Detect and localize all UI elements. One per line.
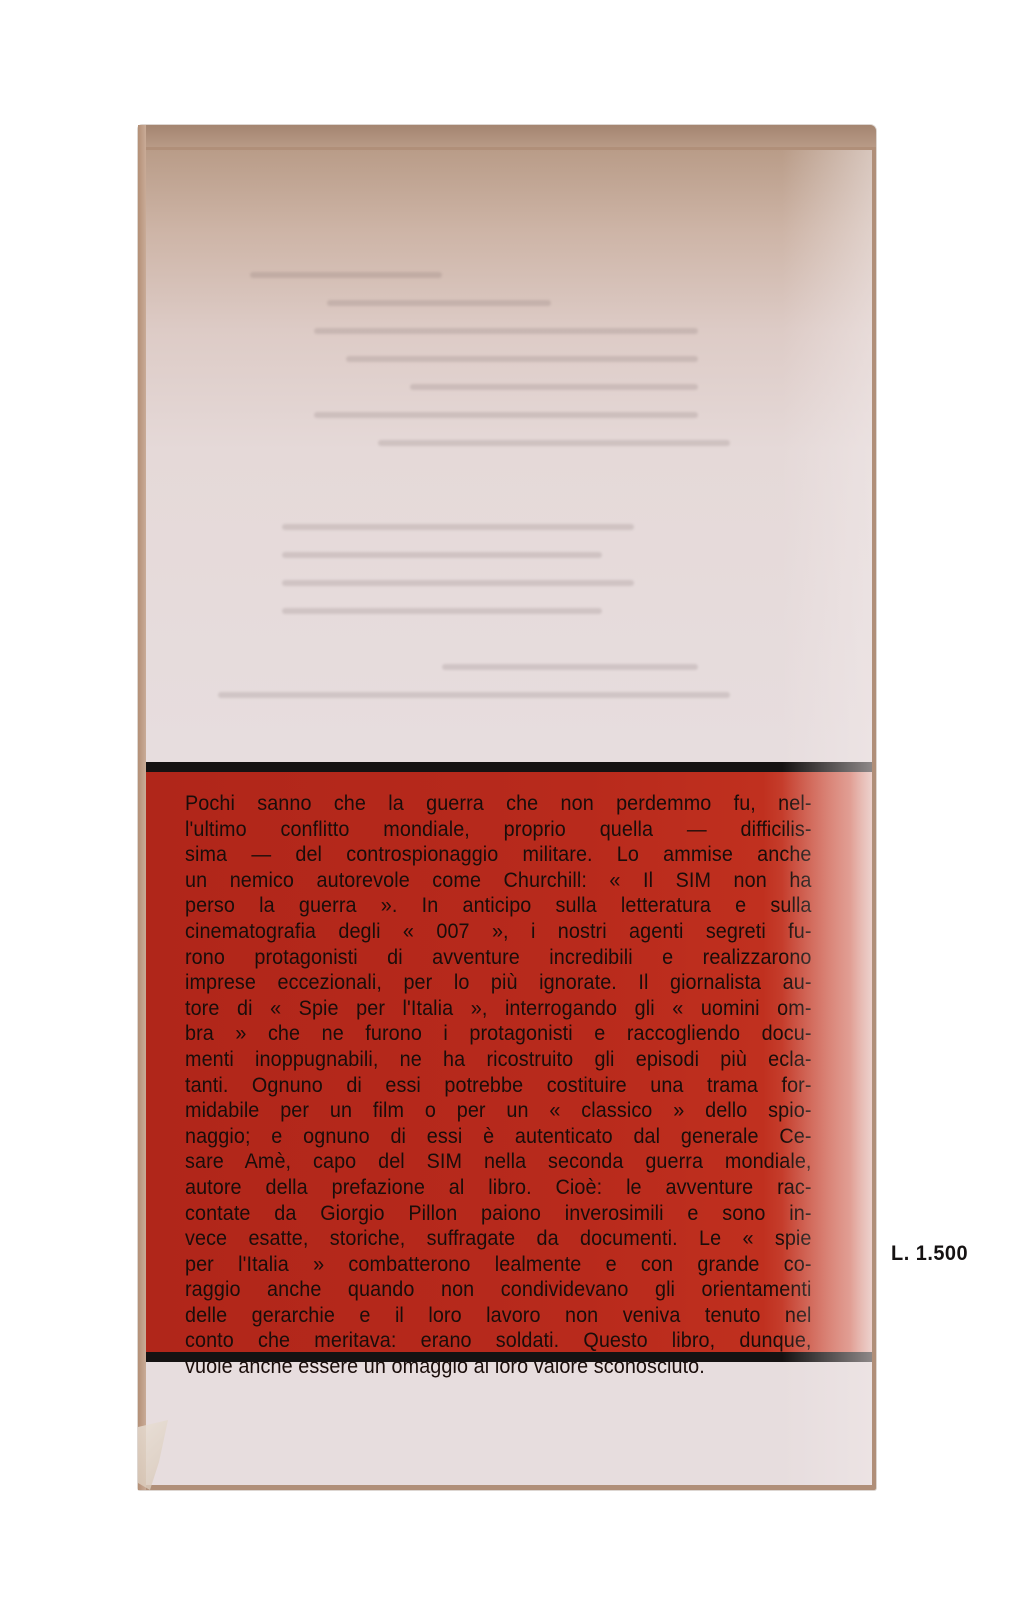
blurb-line: raggio anche quando non condividevano gl… <box>185 1277 812 1303</box>
blurb-line: contate da Giorgio Pillon paiono inveros… <box>185 1201 812 1227</box>
blurb-line: tore di « Spie per l'Italia », interroga… <box>185 996 812 1022</box>
blurb-line: vece esatte, storiche, suffragate da doc… <box>185 1226 812 1252</box>
blurb-line: l'ultimo conflitto mondiale, proprio que… <box>185 817 812 843</box>
blurb-line: midabile per un film o per un « classico… <box>185 1098 812 1124</box>
blurb-line: tanti. Ognuno di essi potrebbe costituir… <box>185 1073 812 1099</box>
blurb-line: cinematografia degli « 007 », i nostri a… <box>185 919 812 945</box>
blurb-line: conto che meritava: erano soldati. Quest… <box>185 1328 812 1354</box>
blurb-line: autore della prefazione al libro. Cioè: … <box>185 1175 812 1201</box>
top-rule-line <box>146 762 872 772</box>
blurb-line: bra » che ne furono i protagonisti e rac… <box>185 1021 812 1047</box>
blurb-text: Pochi sanno che la guerra che non perdem… <box>185 791 812 1380</box>
blurb-line: menti inoppugnabili, ne ha ricostruito g… <box>185 1047 812 1073</box>
blurb-line: rono protagonisti di avventure incredibi… <box>185 945 812 971</box>
bleed-through-text <box>186 250 826 750</box>
blurb-line: per l'Italia » combatterono lealmente e … <box>185 1252 812 1278</box>
book-top-edge <box>138 125 876 147</box>
blurb-line: naggio; e ognuno di essi è autenticato d… <box>185 1124 812 1150</box>
cover-face: Pochi sanno che la guerra che non perdem… <box>146 150 872 1485</box>
blurb-line: Pochi sanno che la guerra che non perdem… <box>185 791 812 817</box>
red-blurb-band: Pochi sanno che la guerra che non perdem… <box>146 772 872 1352</box>
blurb-line: imprese eccezionali, per lo più ignorate… <box>185 970 812 996</box>
blurb-line: sima — del controspionaggio militare. Lo… <box>185 842 812 868</box>
blurb-line: sare Amè, capo del SIM nella seconda gue… <box>185 1149 812 1175</box>
bottom-rule-line <box>146 1352 872 1362</box>
blurb-line: perso la guerra ». In anticipo sulla let… <box>185 893 812 919</box>
blurb-line: delle gerarchie e il loro lavoro non ven… <box>185 1303 812 1329</box>
book-spine-edge <box>138 125 146 1490</box>
price-label: L. 1.500 <box>891 1242 968 1266</box>
blurb-line: un nemico autorevole come Churchill: « I… <box>185 868 812 894</box>
